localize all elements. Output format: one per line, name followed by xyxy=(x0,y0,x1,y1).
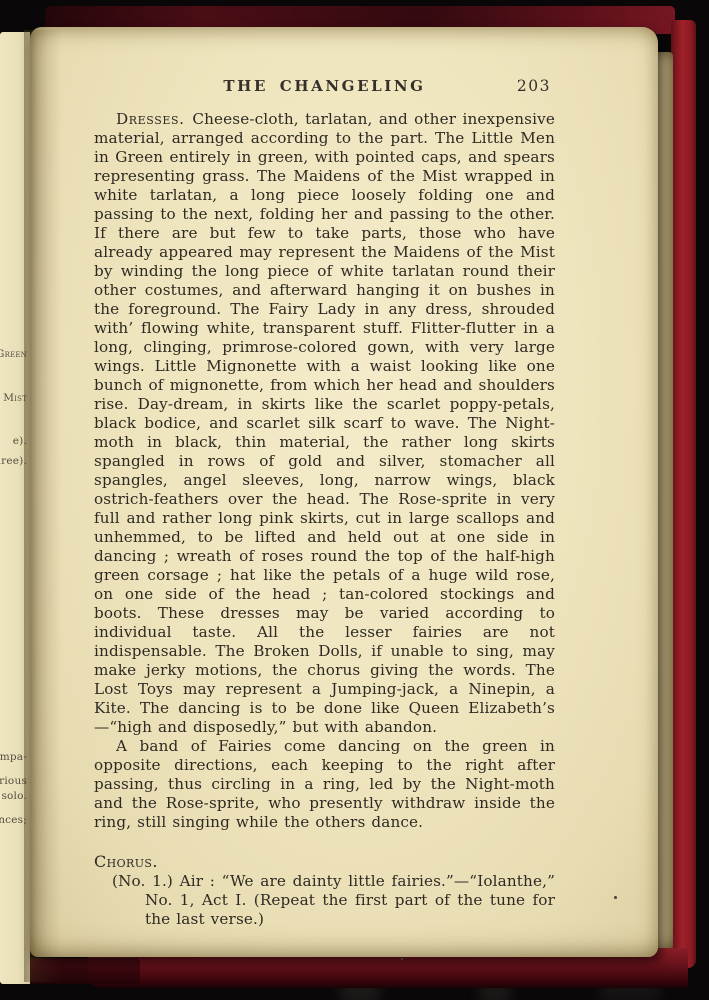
previous-page-sliver: in Green the Mist e). three). compa- var… xyxy=(0,32,30,984)
book-scan-photo: in Green the Mist e). three). compa- var… xyxy=(0,0,709,1000)
clipped-text-fragment: e). xyxy=(13,435,27,447)
paper-speck xyxy=(401,958,403,960)
paragraph-band-of-fairies: A band of Fairies come dancing on the gr… xyxy=(94,737,555,832)
paper-speck xyxy=(614,896,617,899)
running-title: THE CHANGELING xyxy=(94,77,555,95)
page-header: THE CHANGELING 203 xyxy=(94,77,555,99)
clipped-text-fragment: three). xyxy=(0,455,27,467)
clipped-text-fragment: various xyxy=(0,775,27,787)
clipped-text-fragment: the Mist xyxy=(0,392,27,404)
book-cover-right-edge xyxy=(671,20,696,968)
chorus-air-note: (No. 1.) Air : “We are dainty little fai… xyxy=(94,872,555,929)
clipped-text-fragment: in Green xyxy=(0,348,27,360)
chorus-heading: Chorus. xyxy=(94,852,555,872)
clipped-text-fragment: e solo. xyxy=(0,790,27,802)
paragraph-dresses: Dresses. Cheese-cloth, tarlatan, and oth… xyxy=(94,110,555,737)
text-column: THE CHANGELING 203 Dresses. Cheese-cloth… xyxy=(94,77,555,929)
paragraph-text: Cheese-cloth, tarlatan, and other inexpe… xyxy=(94,110,555,736)
book-cover-bottom-edge xyxy=(20,958,140,984)
clipped-text-fragment: compa- xyxy=(0,751,27,763)
book-page: THE CHANGELING 203 Dresses. Cheese-cloth… xyxy=(30,27,658,957)
page-number: 203 xyxy=(517,77,551,95)
clipped-text-fragment: ances; xyxy=(0,814,27,826)
paragraph-lead-word: Dresses. xyxy=(116,110,185,128)
